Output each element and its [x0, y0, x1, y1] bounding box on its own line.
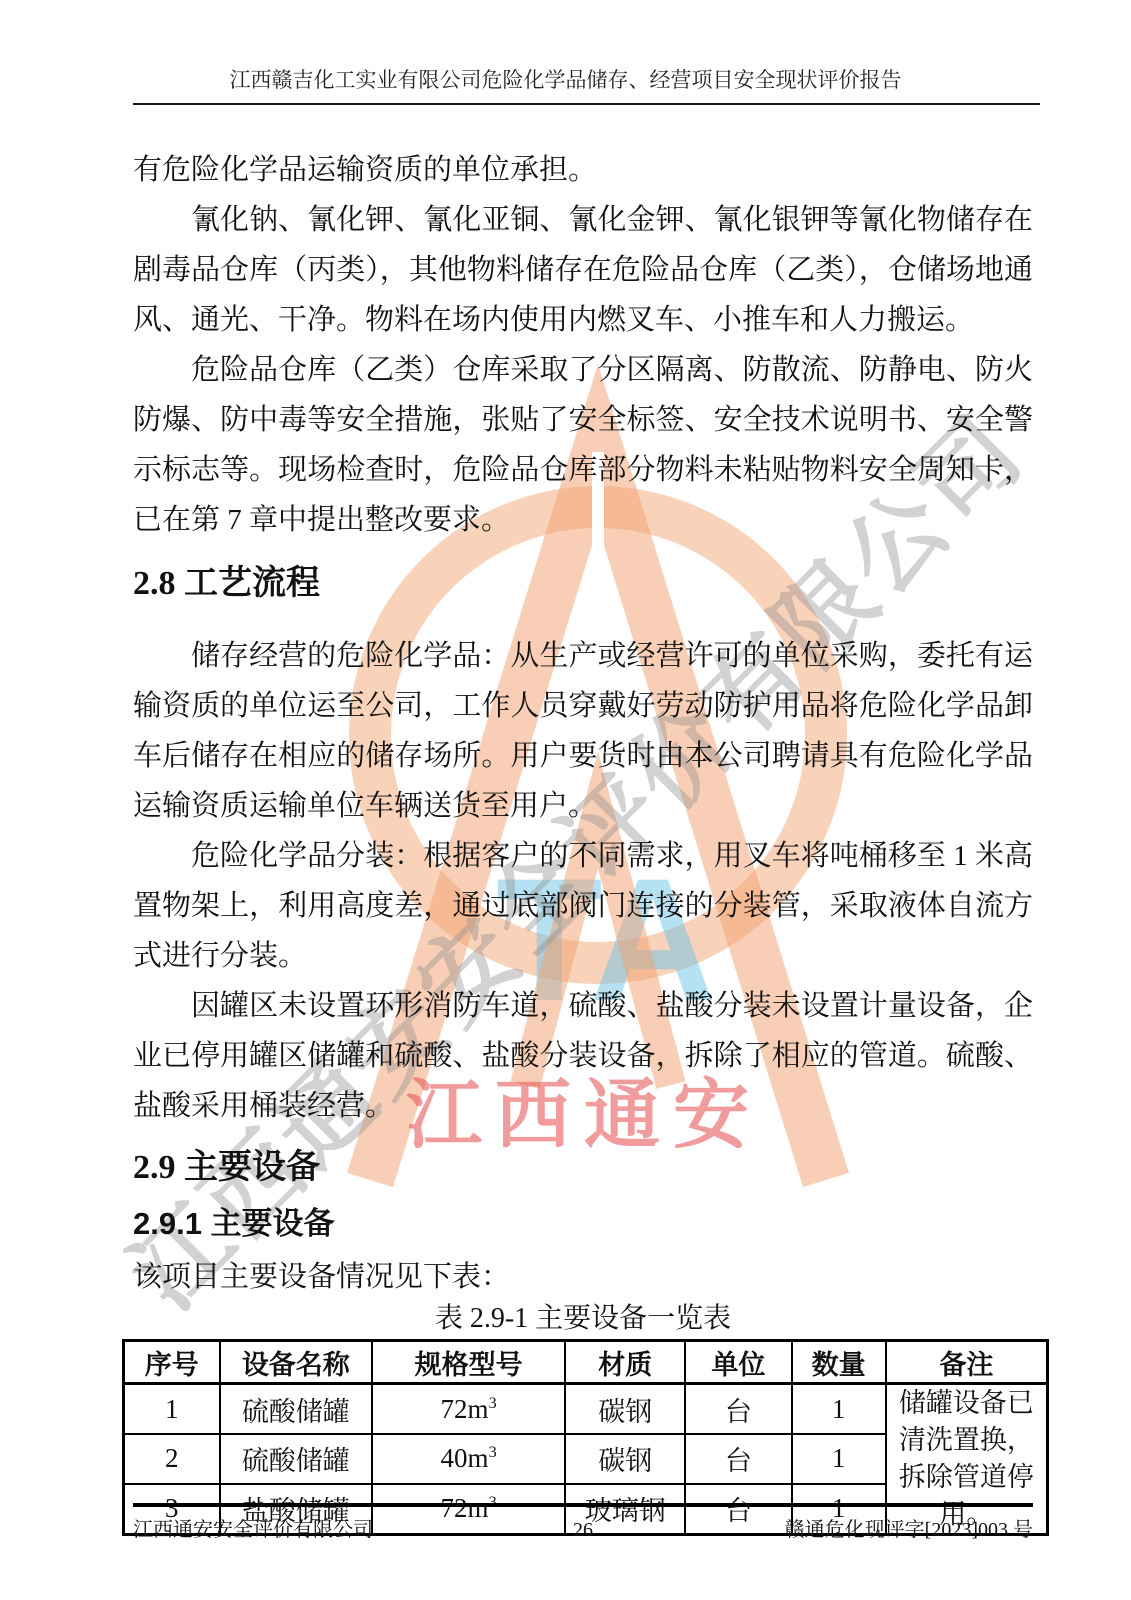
body-paragraph: 危险品仓库（乙类）仓库采取了分区隔离、防散流、防静电、防火防爆、防中毒等安全措施… — [133, 345, 1033, 545]
cell-spec: 40m3 — [372, 1434, 565, 1484]
table-header-row: 序号 设备名称 规格型号 材质 单位 数量 备注 — [124, 1341, 1048, 1384]
header-rule — [133, 103, 1040, 105]
table-lead-text: 该项目主要设备情况见下表： — [133, 1255, 1033, 1299]
col-header-material: 材质 — [565, 1341, 685, 1384]
section-heading-2-9: 2.9 主要设备 — [133, 1145, 1033, 1191]
cell-qty: 1 — [792, 1434, 886, 1484]
footer-page-number: 26 — [433, 1519, 733, 1542]
body-paragraph: 因罐区未设置环形消防车道，硫酸、盐酸分装未设置计量设备，企业已停用罐区储罐和硫酸… — [133, 981, 1033, 1131]
section-heading-2-8: 2.8 工艺流程 — [133, 561, 1033, 607]
body-paragraph: 氰化钠、氰化钾、氰化亚铜、氰化金钾、氰化银钾等氰化物储存在剧毒品仓库（丙类），其… — [133, 195, 1033, 345]
document-page: TA 江西通安安全评价有限公司 江西通安 江西赣吉化工实业有限公司危险化学品储存… — [0, 0, 1131, 1600]
running-header-title: 江西赣吉化工实业有限公司危险化学品储存、经营项目安全现状评价报告 — [0, 0, 1131, 94]
body-paragraph: 储存经营的危险化学品：从生产或经营许可的单位采购，委托有运输资质的单位运至公司，… — [133, 631, 1033, 831]
footer-rule — [133, 1503, 1033, 1507]
cell-no: 2 — [124, 1434, 220, 1484]
footer-company: 江西通安安全评价有限公司 — [133, 1513, 433, 1542]
col-header-qty: 数量 — [792, 1341, 886, 1384]
spec-exponent: 3 — [489, 1443, 497, 1461]
cell-qty: 1 — [792, 1384, 886, 1435]
cell-spec: 72m3 — [372, 1384, 565, 1435]
table-row: 1 硫酸储罐 72m3 碳钢 台 1 储罐设备已清洗置换，拆除管道停用。 — [124, 1384, 1048, 1435]
cell-unit: 台 — [685, 1384, 791, 1435]
spec-value: 72m — [441, 1394, 489, 1424]
cell-name: 硫酸储罐 — [220, 1434, 372, 1484]
cell-material: 碳钢 — [565, 1434, 685, 1484]
body-paragraph-continuation: 有危险化学品运输资质的单位承担。 — [133, 145, 1033, 195]
footer-doc-number: 赣通危化现评字[2023]003 号 — [733, 1513, 1033, 1542]
document-body: 有危险化学品运输资质的单位承担。 氰化钠、氰化钾、氰化亚铜、氰化金钾、氰化银钾等… — [133, 145, 1033, 1536]
cell-no: 1 — [124, 1384, 220, 1435]
spec-value: 40m — [441, 1443, 489, 1473]
col-header-no: 序号 — [124, 1341, 220, 1384]
col-header-name: 设备名称 — [220, 1341, 372, 1384]
col-header-spec: 规格型号 — [372, 1341, 565, 1384]
col-header-remark: 备注 — [886, 1341, 1048, 1384]
body-paragraph: 危险化学品分装：根据客户的不同需求，用叉车将吨桶移至 1 米高置物架上，利用高度… — [133, 831, 1033, 981]
page-footer: 江西通安安全评价有限公司 26 赣通危化现评字[2023]003 号 — [0, 1503, 1131, 1542]
section-heading-2-9-1: 2.9.1 主要设备 — [133, 1203, 1033, 1245]
cell-material: 碳钢 — [565, 1384, 685, 1435]
spec-exponent: 3 — [489, 1394, 497, 1412]
col-header-unit: 单位 — [685, 1341, 791, 1384]
cell-unit: 台 — [685, 1434, 791, 1484]
cell-name: 硫酸储罐 — [220, 1384, 372, 1435]
table-caption: 表 2.9-1 主要设备一览表 — [133, 1299, 1033, 1339]
